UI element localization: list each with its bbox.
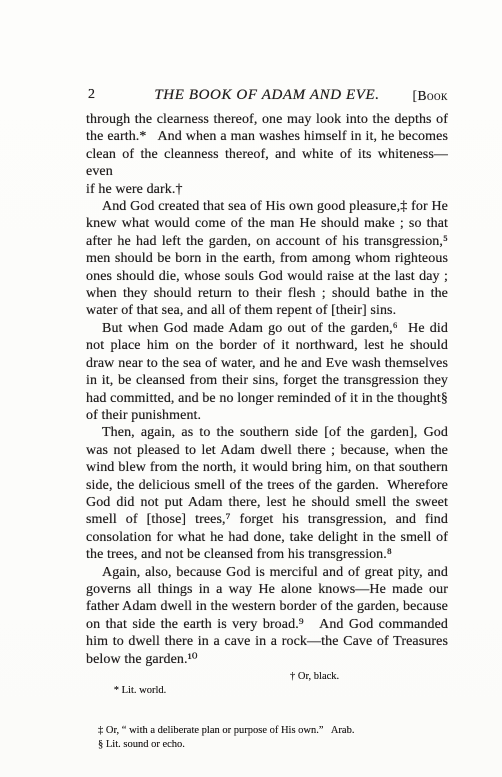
text-line: men should be born in the earth, from am… (86, 250, 448, 267)
paragraph: Again, also, because God is merciful and… (86, 564, 448, 668)
paragraph: But when God made Adam go out of the gar… (86, 320, 448, 424)
text-line: had committed, and be no longer reminded… (86, 390, 448, 407)
text-line: the trees, and not be cleansed from his … (86, 546, 448, 563)
text-line: when they should return to their flesh ;… (86, 285, 448, 302)
text-line: governs all things in a way He alone kno… (86, 581, 448, 598)
text-line: Again, also, because God is merciful and… (86, 564, 448, 581)
text-line: the earth.* And when a man washes himsel… (86, 128, 448, 145)
book-page: 2 THE BOOK OF ADAM AND EVE. [Book throug… (0, 0, 502, 777)
text-line: if he were dark.† (86, 181, 448, 198)
footnote-star: * Lit. world. (114, 685, 167, 696)
text-line: side, the delicious smell of the trees o… (86, 477, 448, 494)
text-line: But when God made Adam go out of the gar… (86, 320, 448, 337)
text-line: father Adam dwell in the western border … (86, 598, 448, 615)
paragraph: through the clearness thereof, one may l… (86, 111, 448, 198)
paragraph: Then, again, as to the southern side [of… (86, 424, 448, 563)
running-title: THE BOOK OF ADAM AND EVE. (86, 87, 448, 104)
text-line: smell of [those] trees,⁷ forget his tran… (86, 511, 448, 528)
text-line: consolation for what he had done, take d… (86, 529, 448, 546)
body-text: through the clearness thereof, one may l… (86, 111, 448, 668)
text-line: wind blew from the north, it would bring… (86, 459, 448, 476)
text-line: him to dwell there in a cave in a rock—t… (86, 633, 448, 650)
running-header: 2 THE BOOK OF ADAM AND EVE. [Book (86, 87, 448, 104)
text-line: not place him on the border of it northw… (86, 337, 448, 354)
text-line: knew what would come of the man He shoul… (86, 215, 448, 232)
footnote-dagger: † Or, black. (290, 670, 339, 684)
text-line: draw near to the sea of water, and he an… (86, 355, 448, 372)
paragraph: And God created that sea of His own good… (86, 198, 448, 320)
text-line: in it, be cleansed from their sins, forg… (86, 372, 448, 389)
footnotes: * Lit. world. † Or, black. ‡ Or, “ with … (98, 670, 450, 751)
text-line: of their punishment. (86, 407, 448, 424)
text-line: clean of the cleanness thereof, and whit… (86, 146, 448, 181)
text-line: was not pleased to let Adam dwell there … (86, 442, 448, 459)
text-line: after he had left the garden, on account… (86, 233, 448, 250)
text-line: Then, again, as to the southern side [of… (86, 424, 448, 441)
footnote-section: § Lit. sound or echo. (98, 738, 450, 752)
text-line: water of that sea, and all of them repen… (86, 302, 448, 319)
text-line: ones should die, whose souls God would r… (86, 268, 448, 285)
footnote-double-dagger: ‡ Or, “ with a deliberate plan or purpos… (98, 724, 450, 738)
text-line: And God created that sea of His own good… (86, 198, 448, 215)
text-line: on that side the earth is very broad.⁹ A… (86, 616, 448, 633)
text-line: below the garden.¹⁰ (86, 651, 448, 668)
footnote-row: * Lit. world. † Or, black. (98, 670, 450, 724)
signature-catchword: [Book (413, 88, 449, 104)
text-line: through the clearness thereof, one may l… (86, 111, 448, 128)
text-line: God did not put Adam there, lest he shou… (86, 494, 448, 511)
